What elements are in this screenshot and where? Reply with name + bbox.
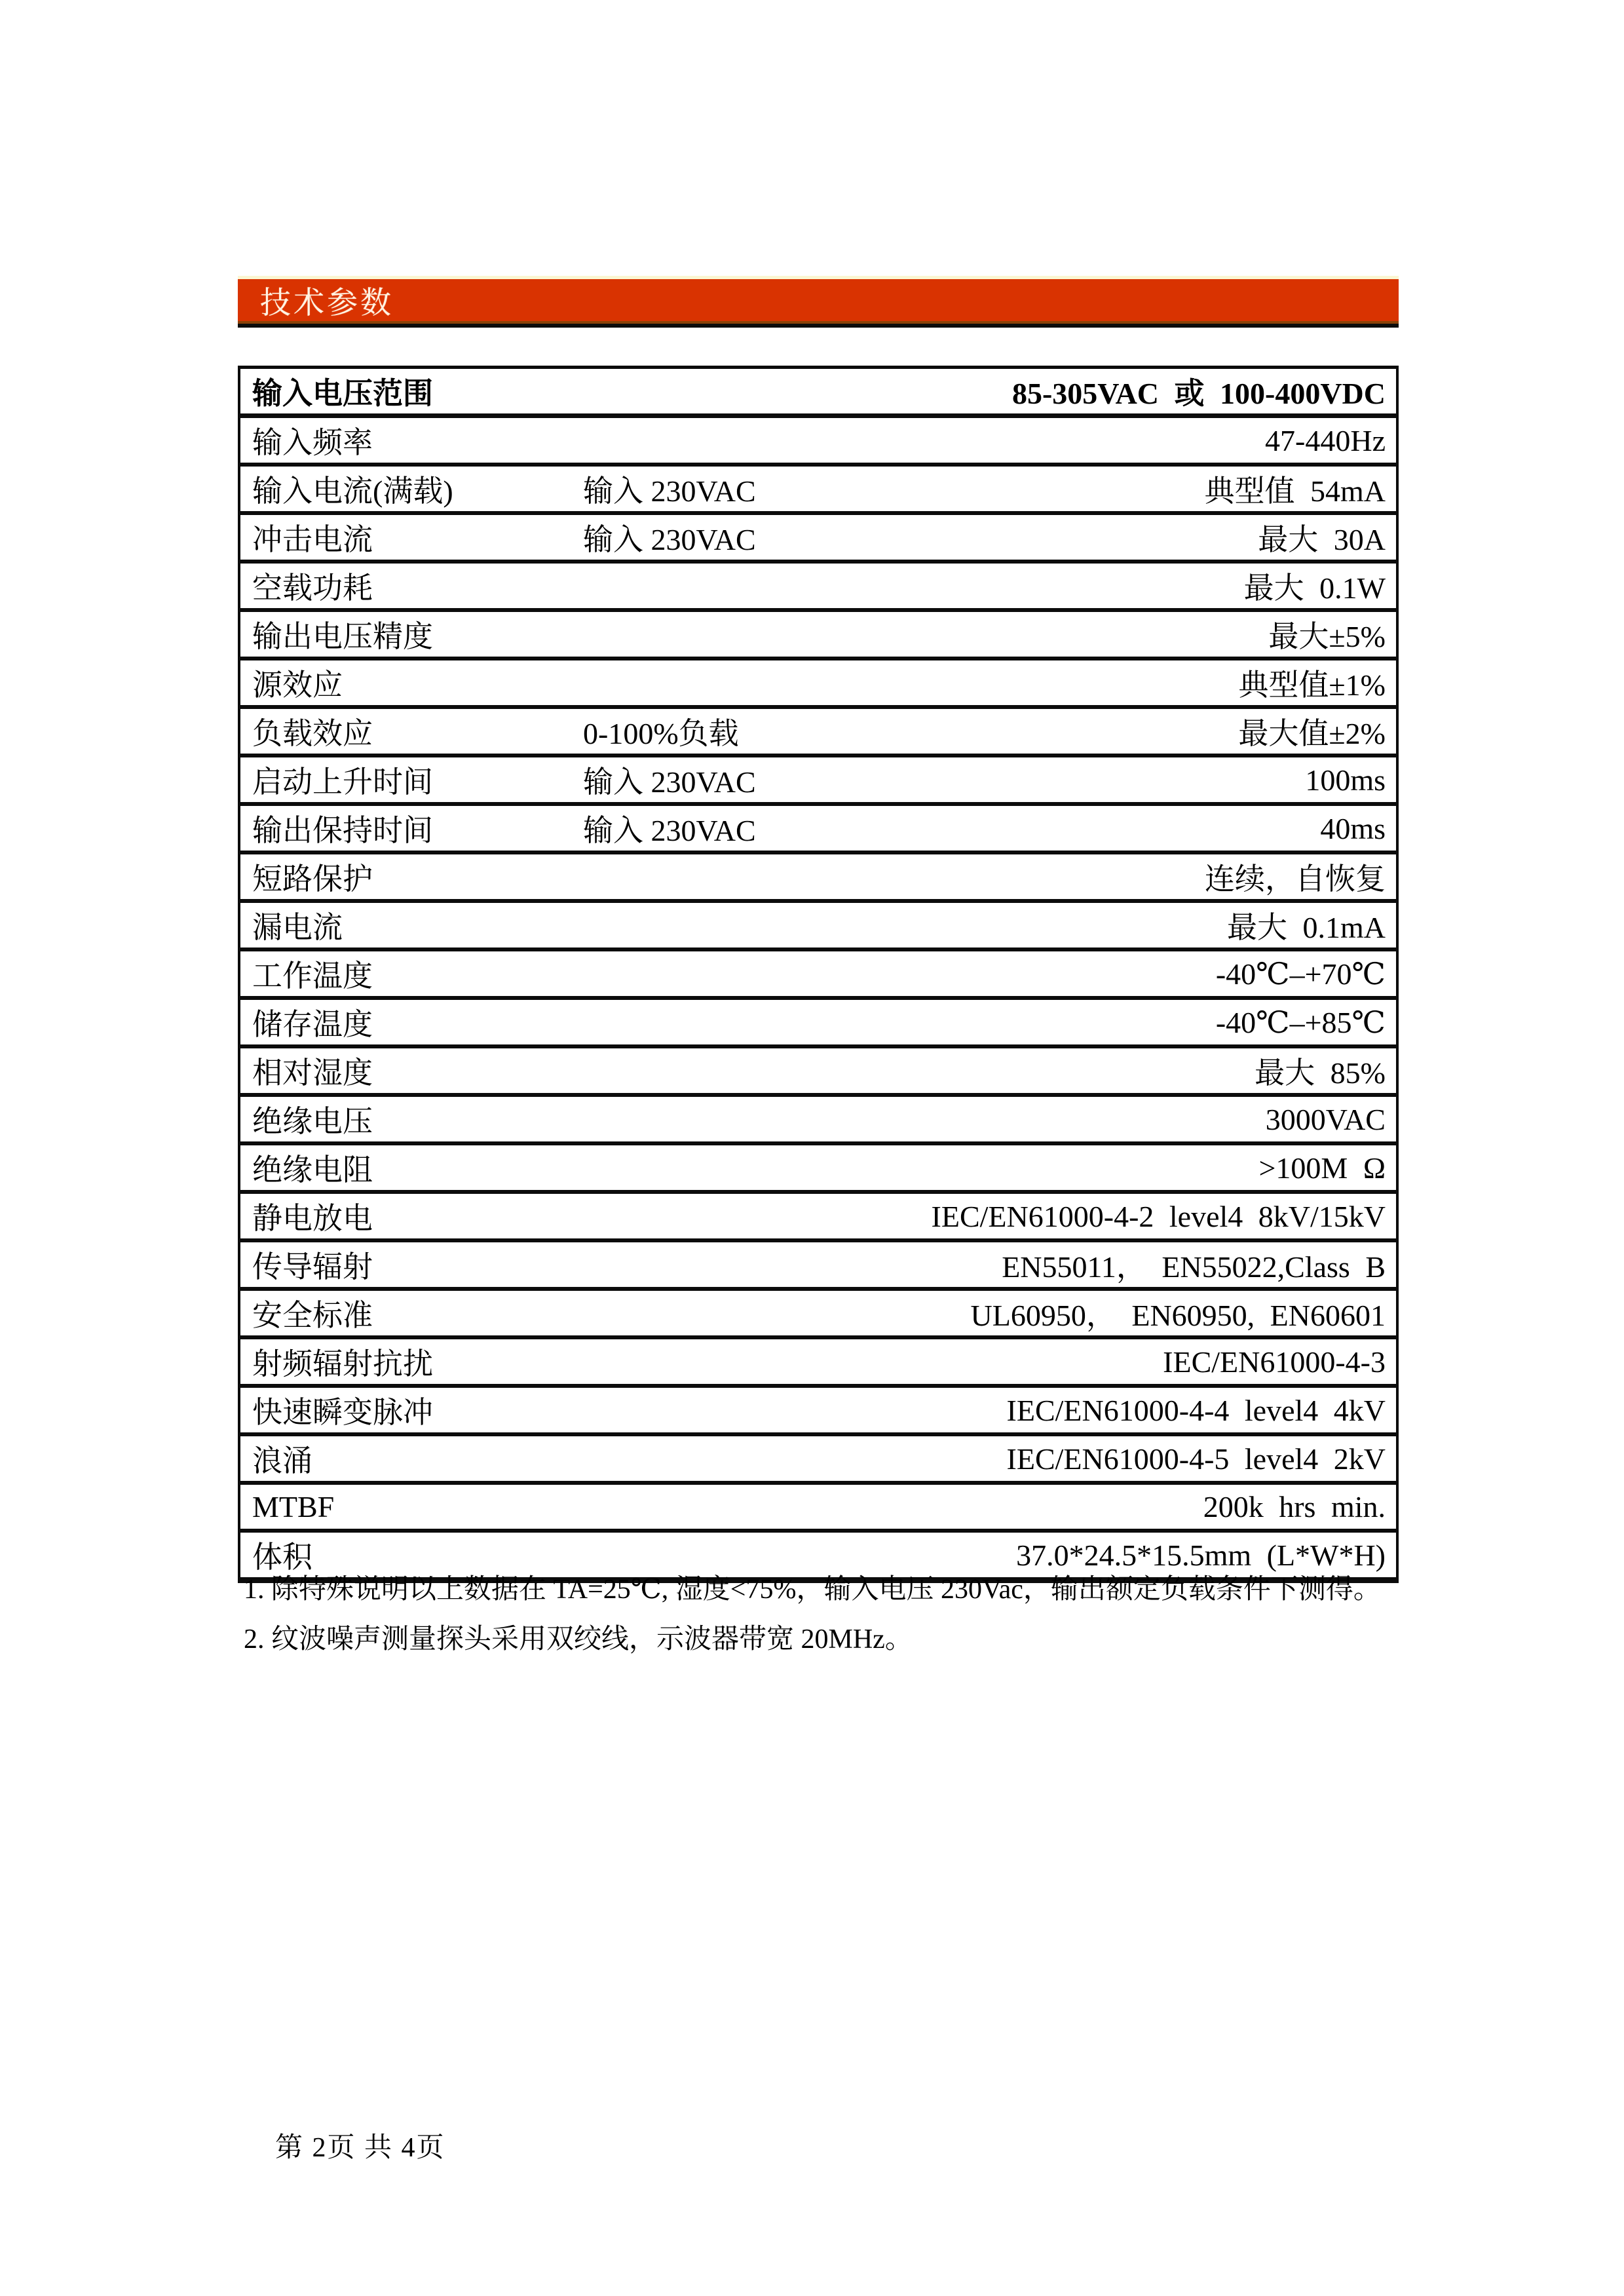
value-cell: -40℃–+70℃ — [859, 949, 1397, 998]
table-row: 启动上升时间输入 230VAC100ms — [239, 756, 1397, 804]
table-row: 冲击电流输入 230VAC最大 30A — [239, 513, 1397, 562]
condition-cell — [580, 610, 859, 659]
value-cell: 典型值 54mA — [859, 465, 1397, 513]
param-cell: 冲击电流 — [239, 513, 580, 562]
value-cell: EN55011， EN55022,Class B — [859, 1240, 1397, 1289]
value-cell: 连续，自恢复 — [859, 852, 1397, 901]
param-cell: 输出保持时间 — [239, 804, 580, 852]
table-row: 绝缘电阻>100M Ω — [239, 1143, 1397, 1192]
spec-table-body: 输入电压范围85-305VAC 或 100-400VDC输入频率47-440Hz… — [239, 368, 1397, 1580]
section-header-bar: 技术参数 — [238, 276, 1399, 324]
table-row: 输出电压精度最大±5% — [239, 610, 1397, 659]
param-cell: 绝缘电阻 — [239, 1143, 580, 1192]
condition-cell — [580, 1095, 859, 1143]
value-cell: UL60950， EN60950, EN60601 — [859, 1289, 1397, 1337]
condition-cell — [580, 901, 859, 949]
param-cell: 漏电流 — [239, 901, 580, 949]
table-row: 输出保持时间输入 230VAC40ms — [239, 804, 1397, 852]
value-cell: 3000VAC — [859, 1095, 1397, 1143]
param-cell: 启动上升时间 — [239, 756, 580, 804]
param-cell: 输入频率 — [239, 416, 580, 465]
condition-cell — [580, 852, 859, 901]
condition-cell — [580, 562, 859, 610]
param-cell: 短路保护 — [239, 852, 580, 901]
value-cell: 最大 0.1W — [859, 562, 1397, 610]
table-row: 传导辐射EN55011， EN55022,Class B — [239, 1240, 1397, 1289]
value-cell: 最大 30A — [859, 513, 1397, 562]
table-row: 浪涌IEC/EN61000-4-5 level4 2kV — [239, 1434, 1397, 1483]
condition-cell — [580, 949, 859, 998]
table-row: 工作温度-40℃–+70℃ — [239, 949, 1397, 998]
table-row: 快速瞬变脉冲IEC/EN61000-4-4 level4 4kV — [239, 1386, 1397, 1434]
table-row: 负载效应0-100%负载最大值±2% — [239, 707, 1397, 756]
condition-cell — [580, 1143, 859, 1192]
param-cell: 射频辐射抗扰 — [239, 1337, 580, 1386]
table-row: 漏电流最大 0.1mA — [239, 901, 1397, 949]
condition-cell: 0-100%负载 — [580, 707, 859, 756]
table-row: 输入电流(满载)输入 230VAC典型值 54mA — [239, 465, 1397, 513]
value-cell: 典型值±1% — [859, 659, 1397, 707]
condition-cell — [580, 1240, 859, 1289]
condition-cell — [580, 416, 859, 465]
condition-cell — [580, 998, 859, 1046]
condition-cell — [580, 368, 859, 416]
footnote-line: 1. 除特殊说明以上数据在 TA=25℃, 湿度<75%，输入电压 230Vac… — [244, 1565, 1416, 1615]
document-page: 技术参数 输入电压范围85-305VAC 或 100-400VDC输入频率47-… — [0, 0, 1624, 2296]
value-cell: IEC/EN61000-4-5 level4 2kV — [859, 1434, 1397, 1483]
table-row: 安全标准UL60950， EN60950, EN60601 — [239, 1289, 1397, 1337]
footnote-line: 2. 纹波噪声测量探头采用双绞线，示波器带宽 20MHz。 — [244, 1615, 1416, 1664]
param-cell: 输入电流(满载) — [239, 465, 580, 513]
param-cell: 绝缘电压 — [239, 1095, 580, 1143]
table-row: 相对湿度最大 85% — [239, 1046, 1397, 1095]
value-cell: IEC/EN61000-4-2 level4 8kV/15kV — [859, 1192, 1397, 1240]
condition-cell: 输入 230VAC — [580, 804, 859, 852]
condition-cell — [580, 1434, 859, 1483]
condition-cell: 输入 230VAC — [580, 756, 859, 804]
param-cell: 工作温度 — [239, 949, 580, 998]
table-row: 输入电压范围85-305VAC 或 100-400VDC — [239, 368, 1397, 416]
table-row: 静电放电IEC/EN61000-4-2 level4 8kV/15kV — [239, 1192, 1397, 1240]
param-cell: 静电放电 — [239, 1192, 580, 1240]
param-cell: 空载功耗 — [239, 562, 580, 610]
table-row: 短路保护连续，自恢复 — [239, 852, 1397, 901]
table-row: 源效应典型值±1% — [239, 659, 1397, 707]
param-cell: 安全标准 — [239, 1289, 580, 1337]
value-cell: 200k hrs min. — [859, 1483, 1397, 1531]
param-cell: 负载效应 — [239, 707, 580, 756]
value-cell: 最大 0.1mA — [859, 901, 1397, 949]
value-cell: 40ms — [859, 804, 1397, 852]
condition-cell — [580, 1046, 859, 1095]
param-cell: 传导辐射 — [239, 1240, 580, 1289]
table-row: 绝缘电压3000VAC — [239, 1095, 1397, 1143]
table-row: 射频辐射抗扰IEC/EN61000-4-3 — [239, 1337, 1397, 1386]
value-cell: 最大±5% — [859, 610, 1397, 659]
param-cell: 相对湿度 — [239, 1046, 580, 1095]
value-cell: 100ms — [859, 756, 1397, 804]
value-cell: 47-440Hz — [859, 416, 1397, 465]
footnotes: 1. 除特殊说明以上数据在 TA=25℃, 湿度<75%，输入电压 230Vac… — [244, 1565, 1416, 1664]
condition-cell: 输入 230VAC — [580, 513, 859, 562]
value-cell: IEC/EN61000-4-3 — [859, 1337, 1397, 1386]
page-number-footer: 第 2页 共 4页 — [275, 2126, 445, 2165]
value-cell: 最大 85% — [859, 1046, 1397, 1095]
table-row: MTBF200k hrs min. — [239, 1483, 1397, 1531]
param-cell: MTBF — [239, 1483, 580, 1531]
section-title: 技术参数 — [238, 278, 394, 322]
condition-cell: 输入 230VAC — [580, 465, 859, 513]
condition-cell — [580, 1386, 859, 1434]
table-row: 输入频率47-440Hz — [239, 416, 1397, 465]
value-cell: >100M Ω — [859, 1143, 1397, 1192]
table-row: 空载功耗最大 0.1W — [239, 562, 1397, 610]
spec-table: 输入电压范围85-305VAC 或 100-400VDC输入频率47-440Hz… — [238, 366, 1399, 1583]
param-cell: 输出电压精度 — [239, 610, 580, 659]
value-cell: -40℃–+85℃ — [859, 998, 1397, 1046]
value-cell: IEC/EN61000-4-4 level4 4kV — [859, 1386, 1397, 1434]
param-cell: 输入电压范围 — [239, 368, 580, 416]
value-cell: 85-305VAC 或 100-400VDC — [859, 368, 1397, 416]
condition-cell — [580, 1483, 859, 1531]
condition-cell — [580, 1192, 859, 1240]
param-cell: 快速瞬变脉冲 — [239, 1386, 580, 1434]
param-cell: 源效应 — [239, 659, 580, 707]
condition-cell — [580, 1337, 859, 1386]
condition-cell — [580, 1289, 859, 1337]
table-row: 储存温度-40℃–+85℃ — [239, 998, 1397, 1046]
param-cell: 储存温度 — [239, 998, 580, 1046]
value-cell: 最大值±2% — [859, 707, 1397, 756]
section-bar-underline — [238, 324, 1399, 328]
param-cell: 浪涌 — [239, 1434, 580, 1483]
condition-cell — [580, 659, 859, 707]
